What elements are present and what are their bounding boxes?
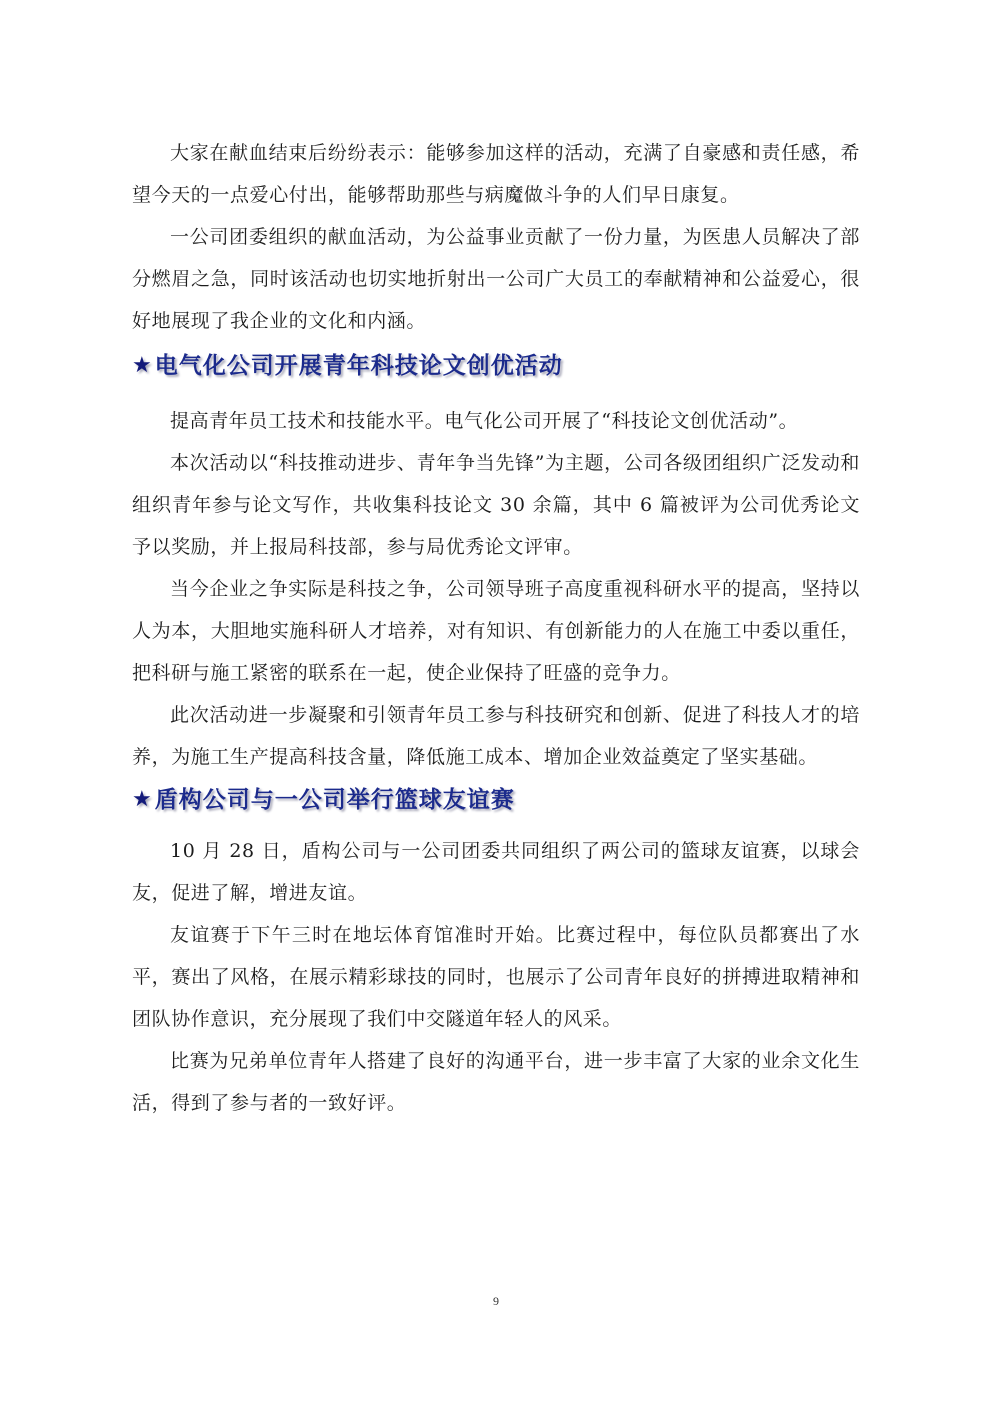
section-title: 电气化公司开展青年科技论文创优活动	[155, 346, 563, 386]
section-paragraph: 本次活动以“科技推动进步、青年争当先锋”为主题，公司各级团组织广泛发动和组织青年…	[132, 442, 860, 568]
page-content: 大家在献血结束后纷纷表示：能够参加这样的活动，充满了自豪感和责任感，希望今天的一…	[132, 132, 860, 1124]
section-basketball-match: ★ 盾构公司与一公司举行篮球友谊赛 10 月 28 日，盾构公司与一公司团委共同…	[132, 780, 860, 1124]
page-number: 9	[0, 1294, 992, 1309]
intro-paragraph: 大家在献血结束后纷纷表示：能够参加这样的活动，充满了自豪感和责任感，希望今天的一…	[132, 132, 860, 216]
star-icon: ★	[132, 346, 153, 386]
document-page: 大家在献血结束后纷纷表示：能够参加这样的活动，充满了自豪感和责任感，希望今天的一…	[0, 0, 992, 1403]
intro-paragraph: 一公司团委组织的献血活动，为公益事业贡献了一份力量，为医患人员解决了部分燃眉之急…	[132, 216, 860, 342]
section-paragraph: 友谊赛于下午三时在地坛体育馆准时开始。比赛过程中，每位队员都赛出了水平，赛出了风…	[132, 914, 860, 1040]
section-paragraph: 提高青年员工技术和技能水平。电气化公司开展了“科技论文创优活动”。	[132, 400, 860, 442]
section-paragraph: 当今企业之争实际是科技之争，公司领导班子高度重视科研水平的提高，坚持以人为本，大…	[132, 568, 860, 694]
section-paragraph: 此次活动进一步凝聚和引领青年员工参与科技研究和创新、促进了科技人才的培养，为施工…	[132, 694, 860, 778]
star-icon: ★	[132, 780, 153, 820]
section-title: 盾构公司与一公司举行篮球友谊赛	[155, 780, 515, 820]
section-heading: ★ 电气化公司开展青年科技论文创优活动	[132, 346, 860, 386]
section-tech-paper-activity: ★ 电气化公司开展青年科技论文创优活动 提高青年员工技术和技能水平。电气化公司开…	[132, 346, 860, 778]
section-paragraph: 10 月 28 日，盾构公司与一公司团委共同组织了两公司的篮球友谊赛，以球会友，…	[132, 830, 860, 914]
section-paragraph: 比赛为兄弟单位青年人搭建了良好的沟通平台，进一步丰富了大家的业余文化生活，得到了…	[132, 1040, 860, 1124]
section-heading: ★ 盾构公司与一公司举行篮球友谊赛	[132, 780, 860, 820]
